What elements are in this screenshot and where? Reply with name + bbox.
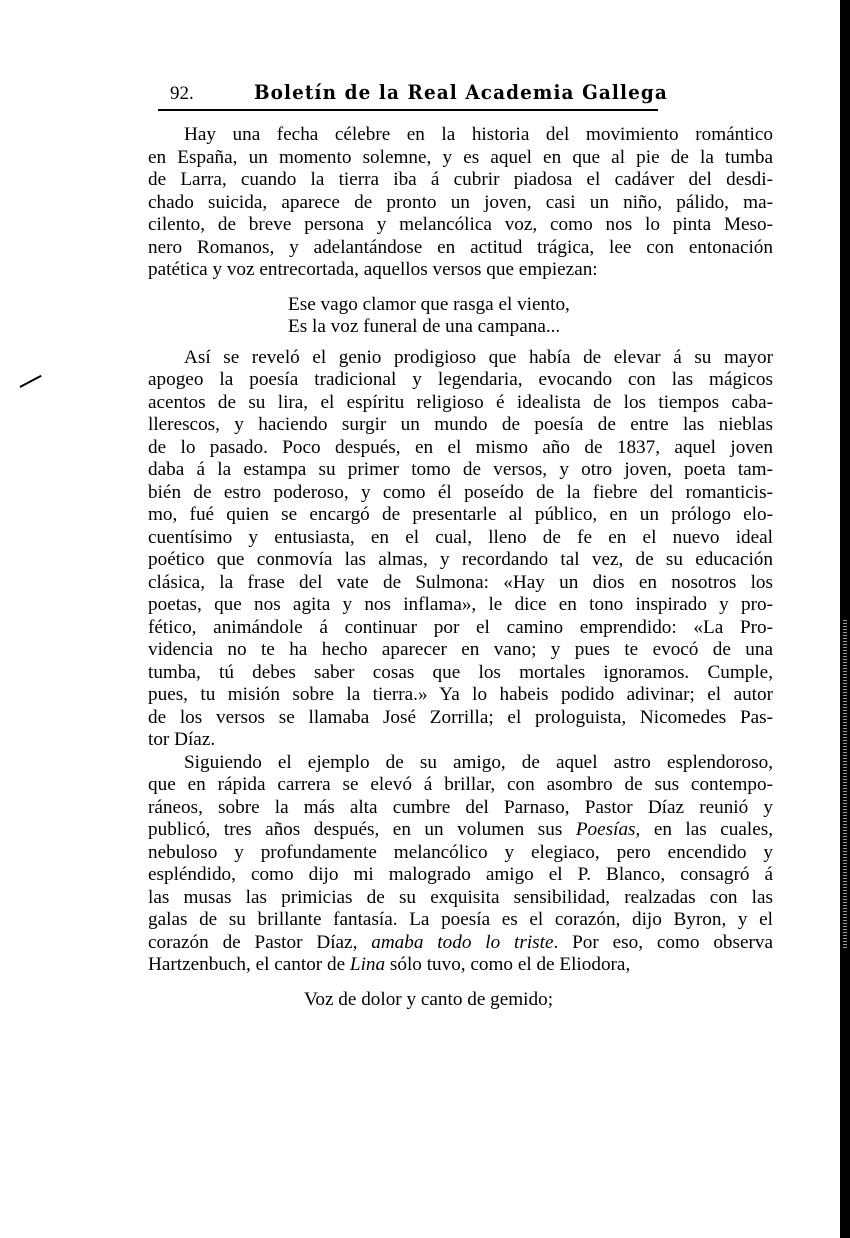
verse-line: Ese vago clamor que rasga el viento, (148, 294, 773, 317)
verse-line: Es la voz funeral de una campana... (148, 316, 773, 339)
scan-edge-noise (843, 620, 847, 950)
text-line: Hartzenbuch, el cantor de Lina sólo tuvo… (148, 954, 773, 977)
text-line: poetas, que nos agita y nos inflama», le… (148, 594, 773, 617)
running-head: 92. Boletín de la Real Academia Gallega (158, 80, 658, 108)
paragraph-1: Hay una fecha célebre en la historia del… (148, 124, 773, 282)
verse-quote-1: Ese vago clamor que rasga el viento, Es … (148, 294, 773, 339)
text-segment: . Por eso, como observa (553, 932, 773, 953)
text-line: Hay una fecha célebre en la historia del… (148, 124, 773, 147)
document-page: 92. Boletín de la Real Academia Gallega … (0, 0, 850, 1238)
text-line: galas de su brillante fantasía. La poesí… (148, 909, 773, 932)
text-line: espléndido, como dijo mi malogrado amigo… (148, 864, 773, 887)
text-line: poético que conmovía las almas, y record… (148, 549, 773, 572)
text-line: llerescos, y haciendo surgir un mundo de… (148, 414, 773, 437)
italic-quote: amaba todo lo triste (371, 932, 553, 953)
text-line: tumba, tú debes saber cosas que los mort… (148, 662, 773, 685)
italic-title: Lina (350, 954, 385, 975)
text-segment: publicó, tres años después, en un volume… (148, 819, 576, 840)
body-text: Hay una fecha célebre en la historia del… (148, 124, 773, 1011)
text-line: de los versos se llamaba José Zorrilla; … (148, 707, 773, 730)
text-segment: , en las cuales, (636, 819, 773, 840)
text-segment: corazón de Pastor Díaz, (148, 932, 371, 953)
text-line: videncia no te ha hecho aparecer en vano… (148, 639, 773, 662)
text-line: corazón de Pastor Díaz, amaba todo lo tr… (148, 932, 773, 955)
page-number: 92. (170, 83, 194, 105)
text-line: bién de estro poderoso, y como él poseíd… (148, 482, 773, 505)
pencil-mark-icon (20, 375, 42, 388)
text-line: chado suicida, aparece de pronto un jove… (148, 192, 773, 215)
scan-edge-bar (840, 0, 850, 1238)
text-line: daba á la estampa su primer tomo de vers… (148, 459, 773, 482)
text-line: patética y voz entrecortada, aquellos ve… (148, 259, 773, 282)
text-line: que en rápida carrera se elevó á brillar… (148, 774, 773, 797)
text-segment: Hartzenbuch, el cantor de (148, 954, 350, 975)
text-segment: sólo tuvo, como el de Eliodora, (385, 954, 630, 975)
text-line: de Larra, cuando la tierra iba á cubrir … (148, 169, 773, 192)
text-line: apogeo la poesía tradicional y legendari… (148, 369, 773, 392)
text-line: mo, fué quien se encargó de presentarle … (148, 504, 773, 527)
text-line: nebuloso y profundamente melancólico y e… (148, 842, 773, 865)
text-line: de lo pasado. Poco después, en el mismo … (148, 437, 773, 460)
text-line: las musas las primicias de su exquisita … (148, 887, 773, 910)
text-line: Así se reveló el genio prodigioso que ha… (148, 347, 773, 370)
text-line: ráneos, sobre la más alta cumbre del Par… (148, 797, 773, 820)
text-line: tor Díaz. (148, 729, 773, 752)
text-line: cilento, de breve persona y melancólica … (148, 214, 773, 237)
header-rule (158, 109, 658, 111)
paragraph-3: Siguiendo el ejemplo de su amigo, de aqu… (148, 752, 773, 977)
text-line: pues, tu misión sobre la tierra.» Ya lo … (148, 684, 773, 707)
verse-quote-2: Voz de dolor y canto de gemido; (148, 989, 773, 1012)
text-line: nero Romanos, y adelantándose en actitud… (148, 237, 773, 260)
text-line: publicó, tres años después, en un volume… (148, 819, 773, 842)
text-line: cuentísimo y entusiasta, en el cual, lle… (148, 527, 773, 550)
paragraph-2: Así se reveló el genio prodigioso que ha… (148, 347, 773, 752)
text-line: clásica, la frase del vate de Sulmona: «… (148, 572, 773, 595)
italic-title: Poesías (576, 819, 636, 840)
journal-title: Boletín de la Real Academia Gallega (254, 80, 668, 104)
text-line: en España, un momento solemne, y es aque… (148, 147, 773, 170)
verse-line: Voz de dolor y canto de gemido; (148, 989, 773, 1012)
text-line: acentos de su lira, el espíritu religios… (148, 392, 773, 415)
text-line: Siguiendo el ejemplo de su amigo, de aqu… (148, 752, 773, 775)
text-line: fético, animándole á continuar por el ca… (148, 617, 773, 640)
